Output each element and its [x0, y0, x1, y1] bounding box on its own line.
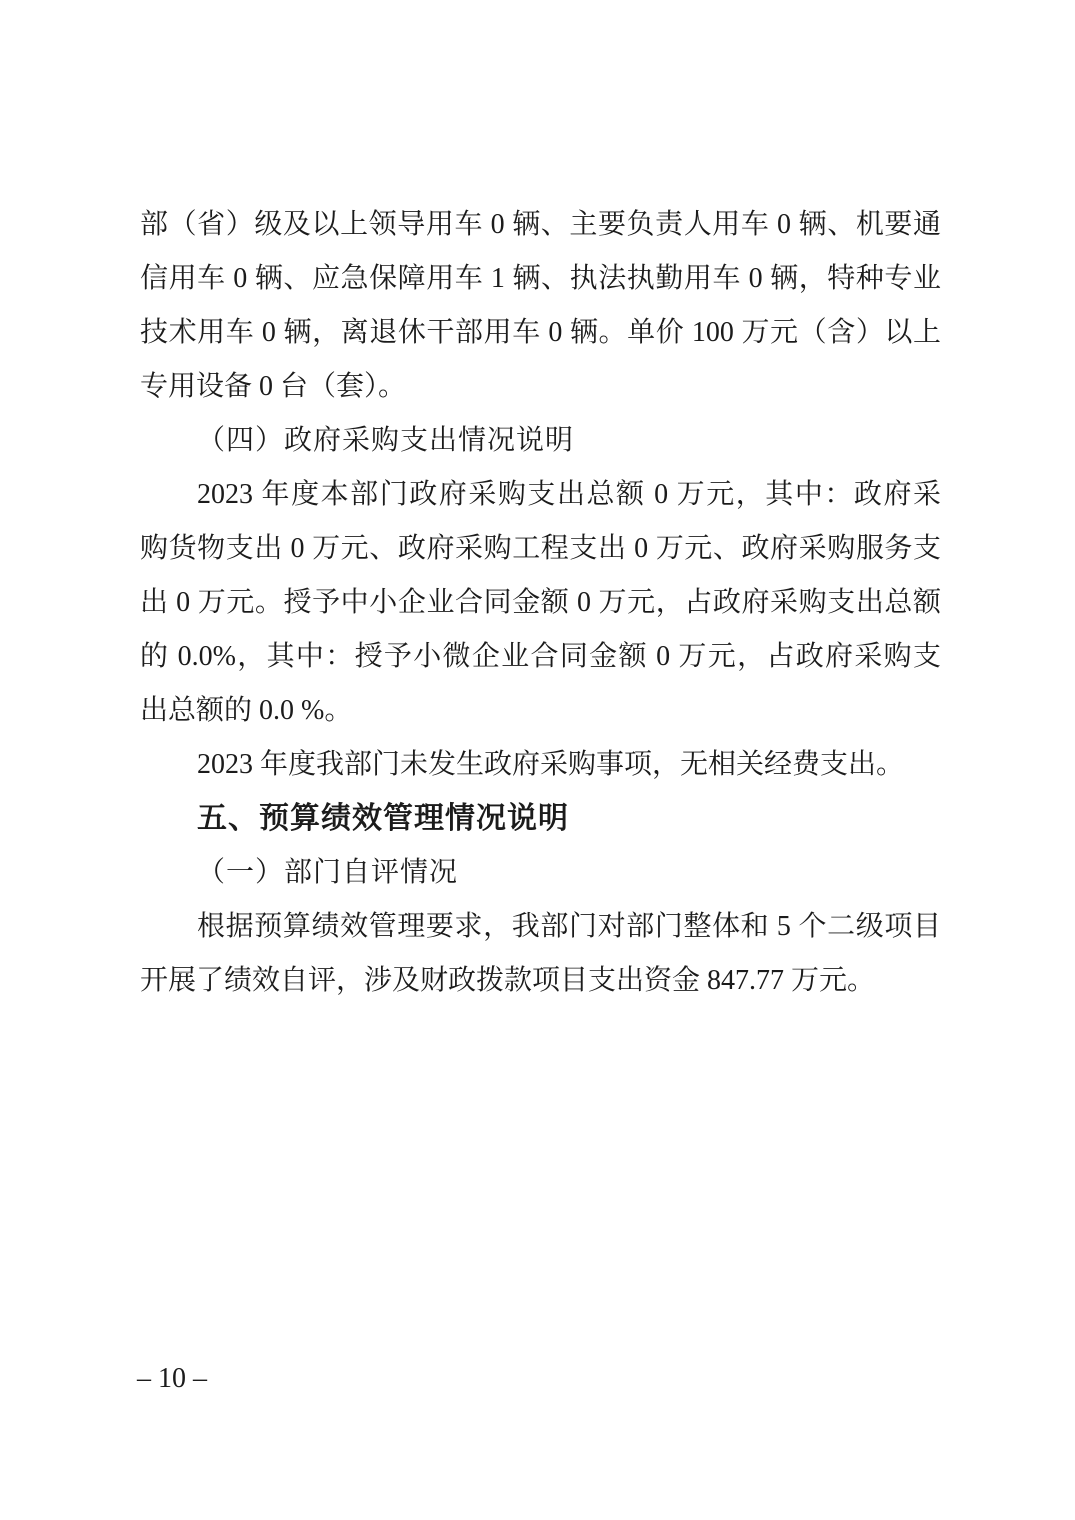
body-line: 信用车 0 辆、应急保障用车 1 辆、执法执勤用车 0 辆，特种专业 [140, 252, 941, 306]
body-line: 根据预算绩效管理要求，我部门对部门整体和 5 个二级项目 [140, 900, 941, 954]
document-page: 部（省）级及以上领导用车 0 辆、主要负责人用车 0 辆、机要通 信用车 0 辆… [0, 0, 1075, 1520]
body-line: 2023 年度我部门未发生政府采购事项，无相关经费支出。 [140, 738, 941, 792]
body-line: 购货物支出 0 万元、政府采购工程支出 0 万元、政府采购服务支 [140, 522, 941, 576]
body-line: 2023 年度本部门政府采购支出总额 0 万元，其中：政府采 [140, 468, 941, 522]
body-line: 的 0.0%，其中：授予小微企业合同金额 0 万元，占政府采购支 [140, 630, 941, 684]
body-line: 部（省）级及以上领导用车 0 辆、主要负责人用车 0 辆、机要通 [140, 198, 941, 252]
body-line: 专用设备 0 台（套）。 [140, 360, 941, 414]
body-line: 技术用车 0 辆，离退休干部用车 0 辆。单价 100 万元（含）以上 [140, 306, 941, 360]
subsection-heading-1: （一）部门自评情况 [140, 846, 941, 900]
page-number: – 10 – [137, 1362, 207, 1396]
body-line: 开展了绩效自评，涉及财政拨款项目支出资金 847.77 万元。 [140, 954, 941, 1008]
section-heading-4: （四）政府采购支出情况说明 [140, 414, 941, 468]
document-content: 部（省）级及以上领导用车 0 辆、主要负责人用车 0 辆、机要通 信用车 0 辆… [140, 198, 941, 1008]
chapter-heading-5: 五、预算绩效管理情况说明 [140, 792, 941, 846]
body-line: 出总额的 0.0 %。 [140, 684, 941, 738]
body-line: 出 0 万元。授予中小企业合同金额 0 万元，占政府采购支出总额 [140, 576, 941, 630]
